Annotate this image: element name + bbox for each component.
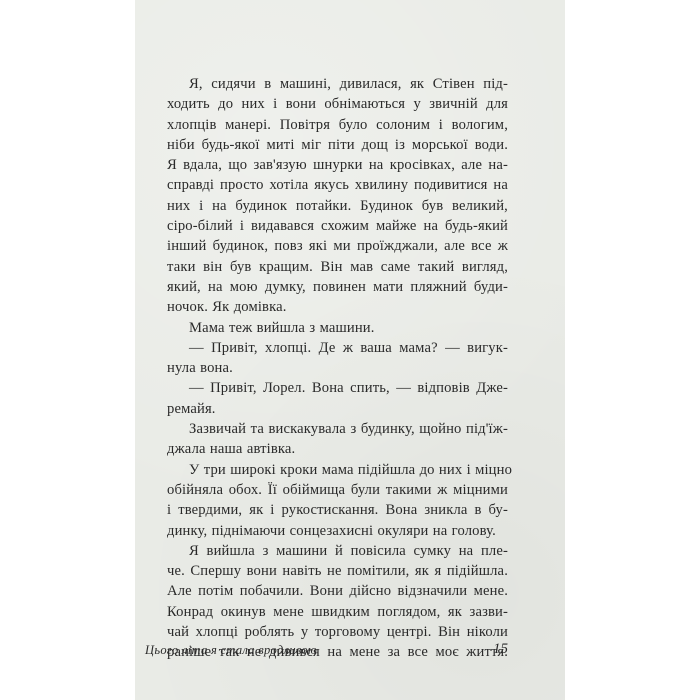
text-line: динку, піднімаючи сонцезахисні окуляри н… (167, 521, 508, 541)
text-line: сіро-білий і видавався схожим майже на б… (167, 216, 508, 236)
text-line: ночок. Як домівка. (167, 297, 508, 317)
text-line: таки він був кращим. Він мав саме такий … (167, 257, 508, 277)
text-line: ремайя. (167, 399, 508, 419)
page-footer: Цього літа я стала вродливою 15 (145, 643, 508, 663)
text-line: нула вона. (167, 358, 508, 378)
text-line: них і на будинок потайки. Будинок був ве… (167, 196, 508, 216)
text-line: че. Спершу вони навіть не помітили, як я… (167, 561, 508, 581)
page-number: 15 (493, 641, 508, 658)
text-line: який, на мою думку, повинен мати пляжний… (167, 277, 508, 297)
text-line: джала наша автівка. (167, 439, 508, 459)
text-line: Я вийшла з машини й повісила сумку на пл… (167, 541, 508, 561)
text-line: хлопців манері. Повітря було солоним і в… (167, 115, 508, 135)
text-line: Зазвичай та вискакувала з будинку, щойно… (167, 419, 508, 439)
text-line: чай хлопці роблять у торговому центрі. В… (167, 622, 508, 642)
text-line: У три широкі кроки мама підійшла до них … (167, 460, 508, 480)
text-line: інший будинок, повз які ми проїжджали, а… (167, 236, 508, 256)
text-line: справді просто хотіла якусь хвилину поди… (167, 175, 508, 195)
text-line: — Привіт, хлопці. Де ж ваша мама? — вигу… (167, 338, 508, 358)
text-line: Конрад окинув мене швидким поглядом, як … (167, 602, 508, 622)
text-line: Мама теж вийшла з машини. (167, 318, 508, 338)
text-line: ходить до них і вони обнімаються у звичн… (167, 94, 508, 114)
body-text: Я, сидячи в машині, дивилася, як Стівен … (167, 74, 508, 663)
text-line: Я, сидячи в машині, дивилася, як Стівен … (167, 74, 508, 94)
text-line: Я вдала, що зав'язую шнурки на кросівках… (167, 155, 508, 175)
text-line: і твердими, як і рукостискання. Вона зни… (167, 500, 508, 520)
running-title: Цього літа я стала вродливою (145, 643, 317, 658)
book-page: Я, сидячи в машині, дивилася, як Стівен … (135, 0, 565, 700)
text-line: обійняла обох. Її обіймища були такими ж… (167, 480, 508, 500)
text-line: — Привіт, Лорел. Вона спить, — відповів … (167, 378, 508, 398)
text-line: ніби будь-якої миті міг піти дощ із морс… (167, 135, 508, 155)
text-line: Але потім побачили. Вони дійсно відзначи… (167, 581, 508, 601)
